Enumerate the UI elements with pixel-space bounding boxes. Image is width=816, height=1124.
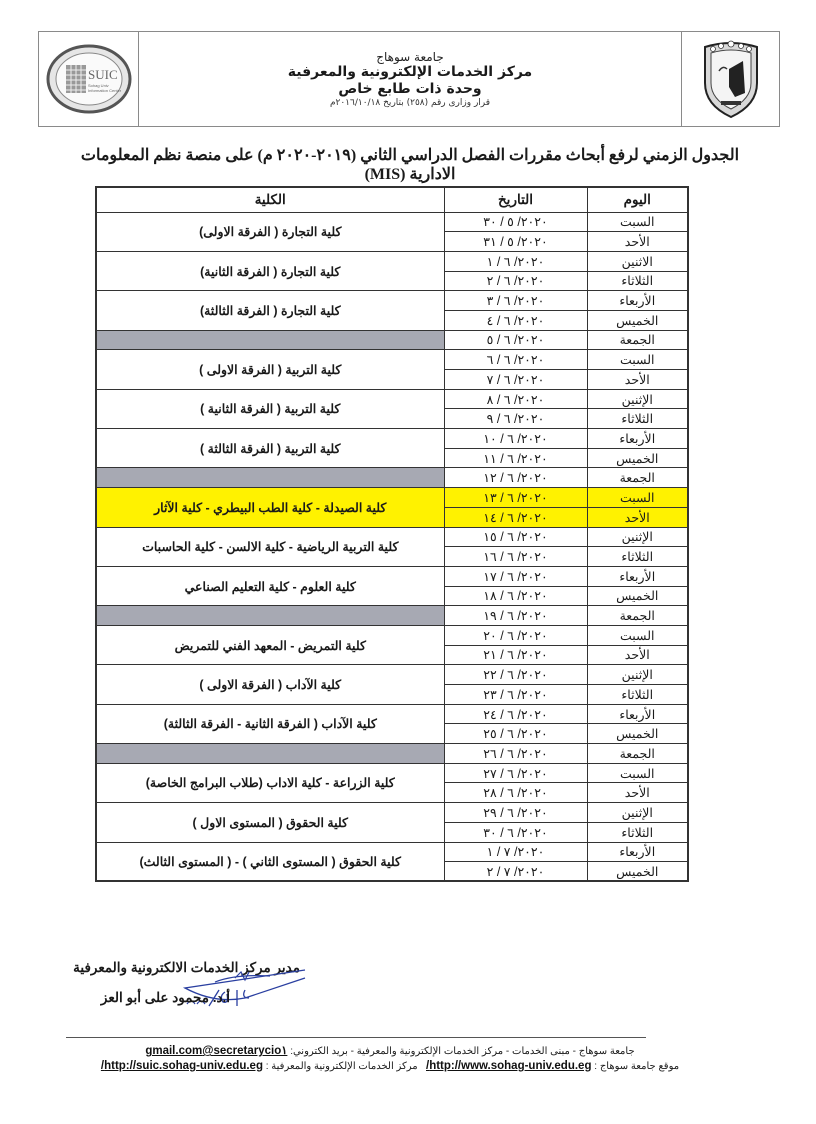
faculty-cell: كلية الصيدلة - كلية الطب البيطري - كلية … [96, 488, 444, 527]
page-title: الجدول الزمني لرفع أبحاث مقررات الفصل ال… [60, 146, 760, 184]
table-row: الأربعاء٢٠٢٠/ ٧ / ١كلية الحقوق ( المستوى… [96, 842, 688, 862]
schedule-table: اليوم التاريخ الكلية السبت٢٠٢٠/ ٥ / ٣٠كل… [95, 186, 689, 882]
decree-text: قرار وزارى رقم (٢٥٨) بتاريخ ٢٠١٦/١٠/١٨م [330, 97, 490, 109]
faculty-cell: كلية التجارة ( الفرقة الثالثة) [96, 291, 444, 330]
footer-line-2: موقع جامعة سوهاج : http://www.sohag-univ… [60, 1060, 720, 1072]
faculty-cell: كلية الآداب ( الفرقة الثانية - الفرقة ال… [96, 704, 444, 743]
day-cell: الأحد [587, 232, 688, 252]
unit-name: وحدة ذات طابع خاص [338, 81, 481, 97]
day-cell: الثلاثاء [587, 271, 688, 291]
date-cell: ٢٠٢٠/ ٦ / ١٩ [444, 606, 587, 626]
date-cell: ٢٠٢٠/ ٦ / ١ [444, 251, 587, 271]
header-faculty: الكلية [96, 187, 444, 212]
table-row: السبت٢٠٢٠/ ٦ / ٢٧كلية الزراعة - كلية الا… [96, 763, 688, 783]
date-cell: ٢٠٢٠/ ٦ / ٢٢ [444, 665, 587, 685]
day-cell: الجمعة [587, 330, 688, 350]
date-cell: ٢٠٢٠/ ٦ / ٤ [444, 310, 587, 330]
footer-address: جامعة سوهاج - مبنى الخدمات - مركز الخدما… [290, 1046, 634, 1057]
date-cell: ٢٠٢٠/ ٦ / ١٤ [444, 507, 587, 527]
day-cell: الاثنين [587, 251, 688, 271]
date-cell: ٢٠٢٠/ ٦ / ٨ [444, 389, 587, 409]
table-row: الجمعة٢٠٢٠/ ٦ / ١٩ [96, 606, 688, 626]
center-site-label: مركز الخدمات الإلكترونية والمعرفية : [266, 1061, 418, 1072]
table-header-row: اليوم التاريخ الكلية [96, 187, 688, 212]
faculty-cell: كلية الحقوق ( المستوى الاول ) [96, 803, 444, 842]
table-row: السبت٢٠٢٠/ ٦ / ٦كلية التربية ( الفرقة ال… [96, 350, 688, 370]
email-link[interactable]: secretarycio١@gmail.com [145, 1045, 287, 1057]
day-cell: الأحد [587, 783, 688, 803]
day-cell: الإثنين [587, 665, 688, 685]
table-row: الأربعاء٢٠٢٠/ ٦ / ١٠كلية التربية ( الفرق… [96, 429, 688, 449]
day-cell: الثلاثاء [587, 409, 688, 429]
date-cell: ٢٠٢٠/ ٦ / ٦ [444, 350, 587, 370]
faculty-cell: كلية الزراعة - كلية الاداب (طلاب البرامج… [96, 763, 444, 802]
day-cell: الأحد [587, 507, 688, 527]
day-cell: الخميس [587, 448, 688, 468]
faculty-cell: كلية التجارة ( الفرقة الثانية) [96, 251, 444, 290]
friday-blank-cell [96, 330, 444, 350]
faculty-cell: كلية التربية الرياضية - كلية الالسن - كل… [96, 527, 444, 566]
day-cell: السبت [587, 625, 688, 645]
date-cell: ٢٠٢٠/ ٦ / ١١ [444, 448, 587, 468]
schedule-body: السبت٢٠٢٠/ ٥ / ٣٠كلية التجارة ( الفرقة ا… [96, 212, 688, 881]
faculty-cell: كلية التربية ( الفرقة الثالثة ) [96, 429, 444, 468]
date-cell: ٢٠٢٠/ ٧ / ٢ [444, 862, 587, 882]
date-cell: ٢٠٢٠/ ٥ / ٣١ [444, 232, 587, 252]
date-cell: ٢٠٢٠/ ٦ / ٣ [444, 291, 587, 311]
date-cell: ٢٠٢٠/ ٦ / ١٧ [444, 566, 587, 586]
date-cell: ٢٠٢٠/ ٦ / ٢٤ [444, 704, 587, 724]
faculty-cell: كلية التربية ( الفرقة الاولى ) [96, 350, 444, 389]
signatory-name: أ.د. محمود على أبو العز [0, 990, 230, 1006]
table-row: الجمعة٢٠٢٠/ ٦ / ٥ [96, 330, 688, 350]
friday-blank-cell [96, 744, 444, 764]
day-cell: السبت [587, 488, 688, 508]
center-website-link[interactable]: http://suic.sohag-univ.edu.eg/ [101, 1060, 263, 1072]
table-row: الأربعاء٢٠٢٠/ ٦ / ٢٤كلية الآداب ( الفرقة… [96, 704, 688, 724]
table-row: الجمعة٢٠٢٠/ ٦ / ٢٦ [96, 744, 688, 764]
day-cell: الجمعة [587, 744, 688, 764]
date-cell: ٢٠٢٠/ ٦ / ١٠ [444, 429, 587, 449]
table-row: الأربعاء٢٠٢٠/ ٦ / ٣كلية التجارة ( الفرقة… [96, 291, 688, 311]
day-cell: الخميس [587, 586, 688, 606]
header-date: التاريخ [444, 187, 587, 212]
day-cell: الخميس [587, 724, 688, 744]
day-cell: الأربعاء [587, 429, 688, 449]
faculty-cell: كلية التجارة ( الفرقة الاولى) [96, 212, 444, 251]
table-row: الأربعاء٢٠٢٠/ ٦ / ١٧كلية العلوم - كلية ا… [96, 566, 688, 586]
faculty-cell: كلية الحقوق ( المستوى الثاني ) - ( المست… [96, 842, 444, 881]
date-cell: ٢٠٢٠/ ٦ / ٢٦ [444, 744, 587, 764]
table-row: الإثنين٢٠٢٠/ ٦ / ٢٩كلية الحقوق ( المستوى… [96, 803, 688, 823]
day-cell: الإثنين [587, 389, 688, 409]
day-cell: الأربعاء [587, 842, 688, 862]
svg-text:Information Center: Information Center [88, 88, 122, 93]
day-cell: الإثنين [587, 803, 688, 823]
date-cell: ٢٠٢٠/ ٧ / ١ [444, 842, 587, 862]
table-row: الإثنين٢٠٢٠/ ٦ / ١٥كلية التربية الرياضية… [96, 527, 688, 547]
faculty-cell: كلية التمريض - المعهد الفني للتمريض [96, 625, 444, 664]
date-cell: ٢٠٢٠/ ٦ / ٥ [444, 330, 587, 350]
university-crest-icon [699, 39, 763, 119]
date-cell: ٢٠٢٠/ ٦ / ٢١ [444, 645, 587, 665]
svg-text:SUIC: SUIC [88, 67, 118, 82]
center-name: مركز الخدمات الإلكترونية والمعرفية [288, 64, 532, 81]
friday-blank-cell [96, 606, 444, 626]
suic-logo-cell: SUIC Sohag Univ Information Center [39, 32, 139, 126]
date-cell: ٢٠٢٠/ ٦ / ٢٧ [444, 763, 587, 783]
table-row: السبت٢٠٢٠/ ٦ / ٢٠كلية التمريض - المعهد ا… [96, 625, 688, 645]
header-day: اليوم [587, 187, 688, 212]
day-cell: الأربعاء [587, 704, 688, 724]
date-cell: ٢٠٢٠/ ٦ / ٢٣ [444, 685, 587, 705]
date-cell: ٢٠٢٠/ ٦ / ١٨ [444, 586, 587, 606]
date-cell: ٢٠٢٠/ ٦ / ٧ [444, 370, 587, 390]
day-cell: الخميس [587, 310, 688, 330]
title-line-1: الجدول الزمني لرفع أبحاث مقررات الفصل ال… [60, 146, 760, 165]
day-cell: السبت [587, 212, 688, 232]
uni-site-label: موقع جامعة سوهاج : [594, 1061, 679, 1072]
faculty-cell: كلية العلوم - كلية التعليم الصناعي [96, 566, 444, 605]
date-cell: ٢٠٢٠/ ٦ / ١٣ [444, 488, 587, 508]
date-cell: ٢٠٢٠/ ٦ / ٩ [444, 409, 587, 429]
day-cell: الأحد [587, 370, 688, 390]
date-cell: ٢٠٢٠/ ٦ / ٢٠ [444, 625, 587, 645]
day-cell: الإثنين [587, 527, 688, 547]
table-row: الجمعة٢٠٢٠/ ٦ / ١٢ [96, 468, 688, 488]
day-cell: الثلاثاء [587, 547, 688, 567]
day-cell: الجمعة [587, 606, 688, 626]
date-cell: ٢٠٢٠/ ٦ / ١٥ [444, 527, 587, 547]
table-row: الاثنين٢٠٢٠/ ٦ / ١كلية التجارة ( الفرقة … [96, 251, 688, 271]
letterhead: SUIC Sohag Univ Information Center جامعة… [38, 31, 780, 127]
university-crest-cell [681, 32, 779, 126]
day-cell: الثلاثاء [587, 685, 688, 705]
footer-divider [66, 1037, 646, 1038]
day-cell: الأحد [587, 645, 688, 665]
date-cell: ٢٠٢٠/ ٦ / ٢ [444, 271, 587, 291]
letterhead-text: جامعة سوهاج مركز الخدمات الإلكترونية وال… [139, 32, 681, 126]
table-row: الإثنين٢٠٢٠/ ٦ / ٢٢كلية الآداب ( الفرقة … [96, 665, 688, 685]
friday-blank-cell [96, 468, 444, 488]
university-name: جامعة سوهاج [376, 50, 444, 64]
day-cell: الثلاثاء [587, 822, 688, 842]
table-row: السبت٢٠٢٠/ ٦ / ١٣كلية الصيدلة - كلية الط… [96, 488, 688, 508]
date-cell: ٢٠٢٠/ ٦ / ٢٩ [444, 803, 587, 823]
day-cell: السبت [587, 763, 688, 783]
date-cell: ٢٠٢٠/ ٦ / ٢٥ [444, 724, 587, 744]
faculty-cell: كلية التربية ( الفرقة الثانية ) [96, 389, 444, 428]
table-row: السبت٢٠٢٠/ ٥ / ٣٠كلية التجارة ( الفرقة ا… [96, 212, 688, 232]
university-website-link[interactable]: http://www.sohag-univ.edu.eg/ [426, 1060, 591, 1072]
faculty-cell: كلية الآداب ( الفرقة الاولى ) [96, 665, 444, 704]
day-cell: الأربعاء [587, 291, 688, 311]
day-cell: السبت [587, 350, 688, 370]
day-cell: الأربعاء [587, 566, 688, 586]
date-cell: ٢٠٢٠/ ٦ / ٢٨ [444, 783, 587, 803]
table-row: الإثنين٢٠٢٠/ ٦ / ٨كلية التربية ( الفرقة … [96, 389, 688, 409]
date-cell: ٢٠٢٠/ ٦ / ٣٠ [444, 822, 587, 842]
date-cell: ٢٠٢٠/ ٥ / ٣٠ [444, 212, 587, 232]
date-cell: ٢٠٢٠/ ٦ / ١٢ [444, 468, 587, 488]
date-cell: ٢٠٢٠/ ٦ / ١٦ [444, 547, 587, 567]
footer-line-1: جامعة سوهاج - مبنى الخدمات - مركز الخدما… [60, 1043, 720, 1057]
title-line-2: الادارية (MIS) [60, 165, 760, 184]
day-cell: الجمعة [587, 468, 688, 488]
day-cell: الخميس [587, 862, 688, 882]
suic-logo-icon: SUIC Sohag Univ Information Center [46, 43, 132, 115]
